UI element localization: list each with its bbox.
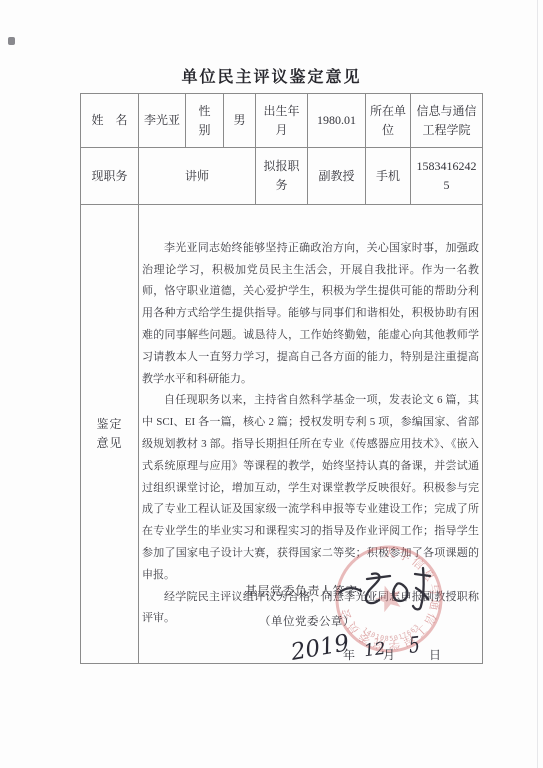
name-label: 姓 名	[81, 94, 139, 148]
ink-speck	[8, 37, 15, 45]
table-row-opinion: 鉴定 意见 李光亚同志始终能够坚持正确政治方向，关心国家时事，加强政治理论学习，…	[81, 205, 483, 664]
table-row-position: 现职务 讲师 拟报职务 副教授 手机 15834162425	[81, 148, 483, 205]
birth-value: 1980.01	[308, 94, 366, 148]
phone-value: 15834162425	[411, 148, 483, 205]
day-label: 日	[429, 646, 441, 665]
current-post-value: 讲师	[139, 148, 256, 205]
handwritten-day: 5	[408, 629, 421, 664]
opinion-paragraph-1: 李光亚同志始终能够坚持正确政治方向，关心国家时事，加强政治理论学习，积极加党员民…	[142, 238, 479, 391]
month-label: 月	[383, 646, 395, 665]
opinion-paragraph-2: 自任现职务以来，主持省自然科学基金一项，发表论文 6 篇，其中 SCI、EI 各…	[142, 390, 479, 586]
date-line: 2019 年 12 月 5 日	[291, 633, 476, 669]
appraisal-table: 姓 名 李光亚 性 别 男 出生年月 1980.01 所在单位 信息与通信工程学…	[80, 93, 483, 664]
year-label: 年	[343, 646, 355, 665]
unit-label: 所在单位	[366, 94, 411, 148]
scanned-form-page: 单位民主评议鉴定意见 姓 名 李光亚 性 别 男 出生年月 1980.01 所在…	[0, 0, 543, 768]
birth-label: 出生年月	[256, 94, 308, 148]
gender-label: 性 别	[186, 94, 224, 148]
handwritten-signature	[337, 565, 437, 615]
page-title: 单位民主评议鉴定意见	[0, 64, 543, 87]
proposed-post-label: 拟报职务	[256, 148, 308, 205]
current-post-label: 现职务	[81, 148, 139, 205]
opinion-label-line1: 鉴定	[84, 415, 135, 434]
phone-label: 手机	[366, 148, 411, 205]
table-row-identity: 姓 名 李光亚 性 别 男 出生年月 1980.01 所在单位 信息与通信工程学…	[81, 94, 483, 148]
name-value: 李光亚	[139, 94, 186, 148]
opinion-content-cell: 李光亚同志始终能够坚持正确政治方向，关心国家时事，加强政治理论学习，积极加党员民…	[139, 205, 483, 664]
opinion-label: 鉴定 意见	[81, 205, 139, 664]
gender-value: 男	[224, 94, 256, 148]
proposed-post-value: 副教授	[308, 148, 366, 205]
unit-value: 信息与通信工程学院	[411, 94, 483, 148]
opinion-label-line2: 意见	[84, 434, 135, 453]
scan-edge-line	[537, 0, 538, 768]
